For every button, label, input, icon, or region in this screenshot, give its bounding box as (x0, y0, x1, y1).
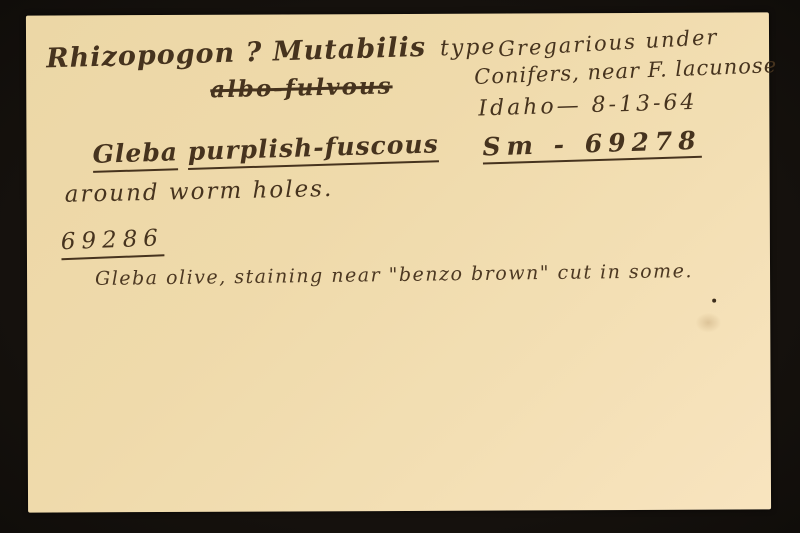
struck-epithet-line: albo-fulvous (210, 74, 393, 101)
struck-epithet: albo-fulvous (210, 72, 393, 103)
collection-number: Sm - 69278 (482, 128, 702, 165)
paper-stain (695, 313, 721, 333)
location-date-line: Idaho— 8-13-64 (478, 92, 698, 121)
gleba-description-line: Gleba purplish-fuscous (92, 131, 439, 167)
photo-background: Rhizopogon ? Mutabilistype albo-fulvous … (0, 0, 800, 533)
staining-note: Gleba olive, staining near "benzo brown"… (95, 262, 693, 289)
worm-holes-note: around worm holes. (64, 178, 333, 207)
secondary-collection-number: 69286 (60, 227, 164, 260)
index-card: Rhizopogon ? Mutabilistype albo-fulvous … (26, 12, 771, 512)
ink-speck (712, 299, 716, 303)
gleba-color-description: purplish-fuscous (187, 129, 439, 170)
species-title-type-label: type (440, 35, 497, 62)
species-title-main: Rhizopogon ? Mutabilis (46, 32, 427, 75)
gleba-word: Gleba (92, 137, 178, 173)
habitat-line-1: Gregarious under (498, 27, 719, 60)
species-title: Rhizopogon ? Mutabilistype (46, 32, 497, 73)
